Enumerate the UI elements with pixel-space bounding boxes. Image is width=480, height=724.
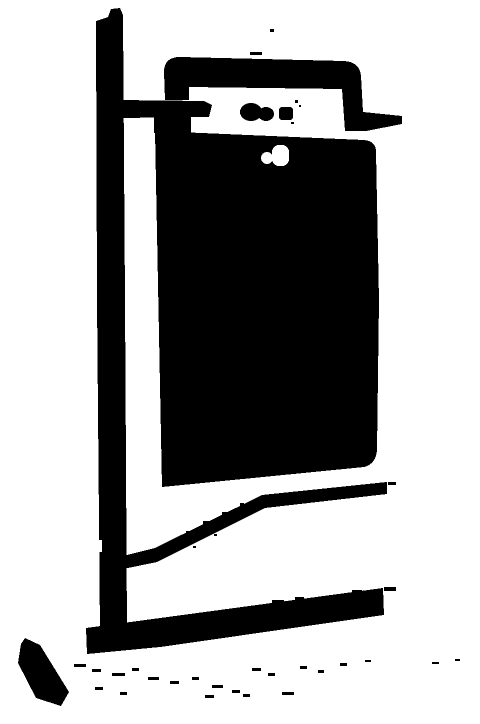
- copyboard-photo: [0, 0, 480, 724]
- display-board: [155, 131, 379, 487]
- frame-joint: [154, 116, 191, 133]
- pole-notch: [94, 540, 102, 552]
- lower-crossbar: [117, 100, 212, 118]
- photo-frame: [0, 0, 480, 724]
- control-knob-right: [279, 107, 293, 120]
